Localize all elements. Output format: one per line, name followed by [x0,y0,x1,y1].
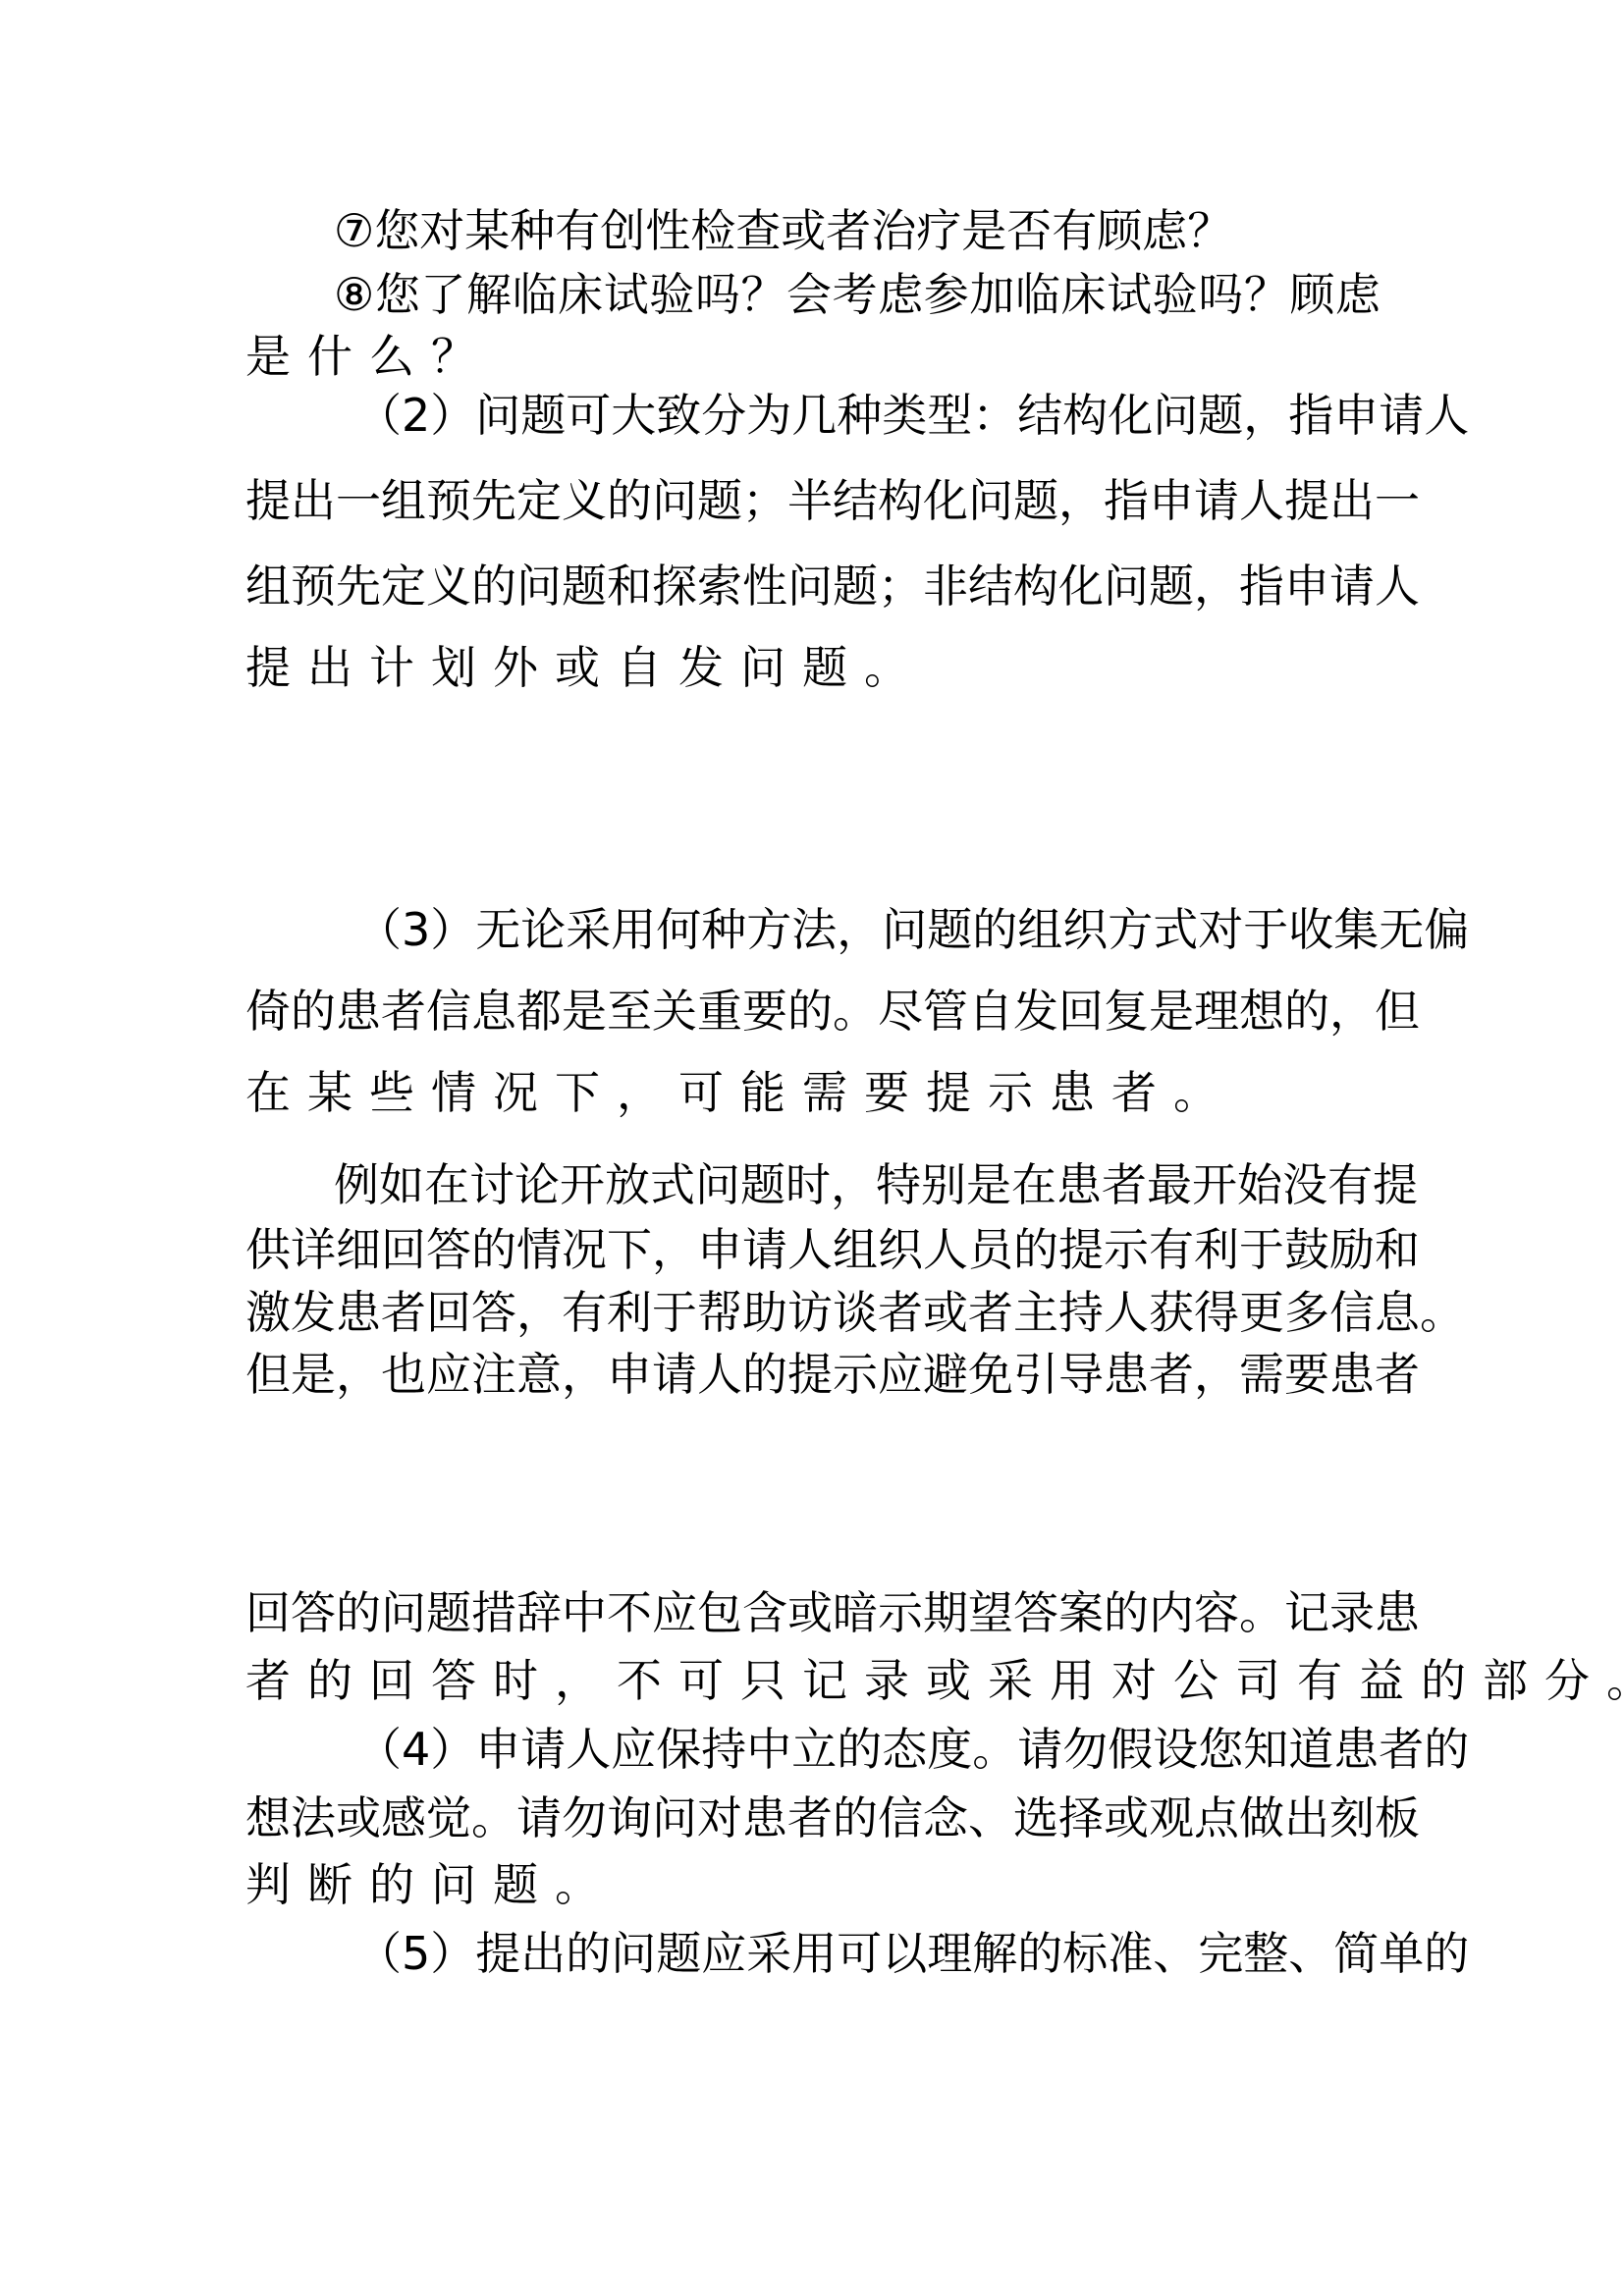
paragraph-4-line-3: 判断的问题。 [245,1855,1380,1914]
paragraph-4-line-2: 想法或感觉。请勿询问对患者的信念、选择或观点做出刻板 [245,1789,1380,1847]
document-page: ⑦您对某种有创性检查或者治疗是否有顾虑？ ⑧您了解临床试验吗？会考虑参加临床试验… [0,0,1624,2296]
question-7-line: ⑦您对某种有创性检查或者治疗是否有顾虑？ [334,201,1380,260]
example-paragraph-line-1: 例如在讨论开放式问题时，特别是在患者最开始没有提 [334,1155,1380,1214]
paragraph-2-line-3: 组预先定义的问题和探索性问题；非结构化问题，指申请人 [245,557,1380,615]
example-paragraph-line-6: 者的回答时，不可只记录或采用对公司有益的部分。 [245,1651,1380,1710]
paragraph-3-line-2: 倚的患者信息都是至关重要的。尽管自发回复是理想的，但 [245,982,1380,1041]
paragraph-3-line-1: （3）无论采用何种方法，问题的组织方式对于收集无偏 [356,900,1380,959]
question-8-continuation: 是什么？ [245,327,1380,386]
example-paragraph-line-4: 但是，也应注意，申请人的提示应避免引导患者，需要患者 [245,1345,1380,1404]
paragraph-2-line-2: 提出一组预先定义的问题；半结构化问题，指申请人提出一 [245,471,1380,530]
example-paragraph-line-2: 供详细回答的情况下，申请人组织人员的提示有利于鼓励和 [245,1220,1380,1279]
paragraph-2-line-4: 提出计划外或自发问题。 [245,638,1380,697]
paragraph-5-line-1: （5）提出的问题应采用可以理解的标准、完整、简单的 [356,1924,1380,1983]
paragraph-3-line-3: 在某些情况下，可能需要提示患者。 [245,1063,1380,1122]
example-paragraph-line-3: 激发患者回答，有利于帮助访谈者或者主持人获得更多信息。 [245,1283,1404,1342]
paragraph-2-line-1: （2）问题可大致分为几种类型：结构化问题，指申请人 [356,386,1380,445]
paragraph-4-line-1: （4）申请人应保持中立的态度。请勿假设您知道患者的 [356,1720,1380,1779]
example-paragraph-line-5: 回答的问题措辞中不应包含或暗示期望答案的内容。记录患 [245,1583,1380,1642]
question-8-line: ⑧您了解临床试验吗？会考虑参加临床试验吗？顾虑 [334,265,1380,324]
